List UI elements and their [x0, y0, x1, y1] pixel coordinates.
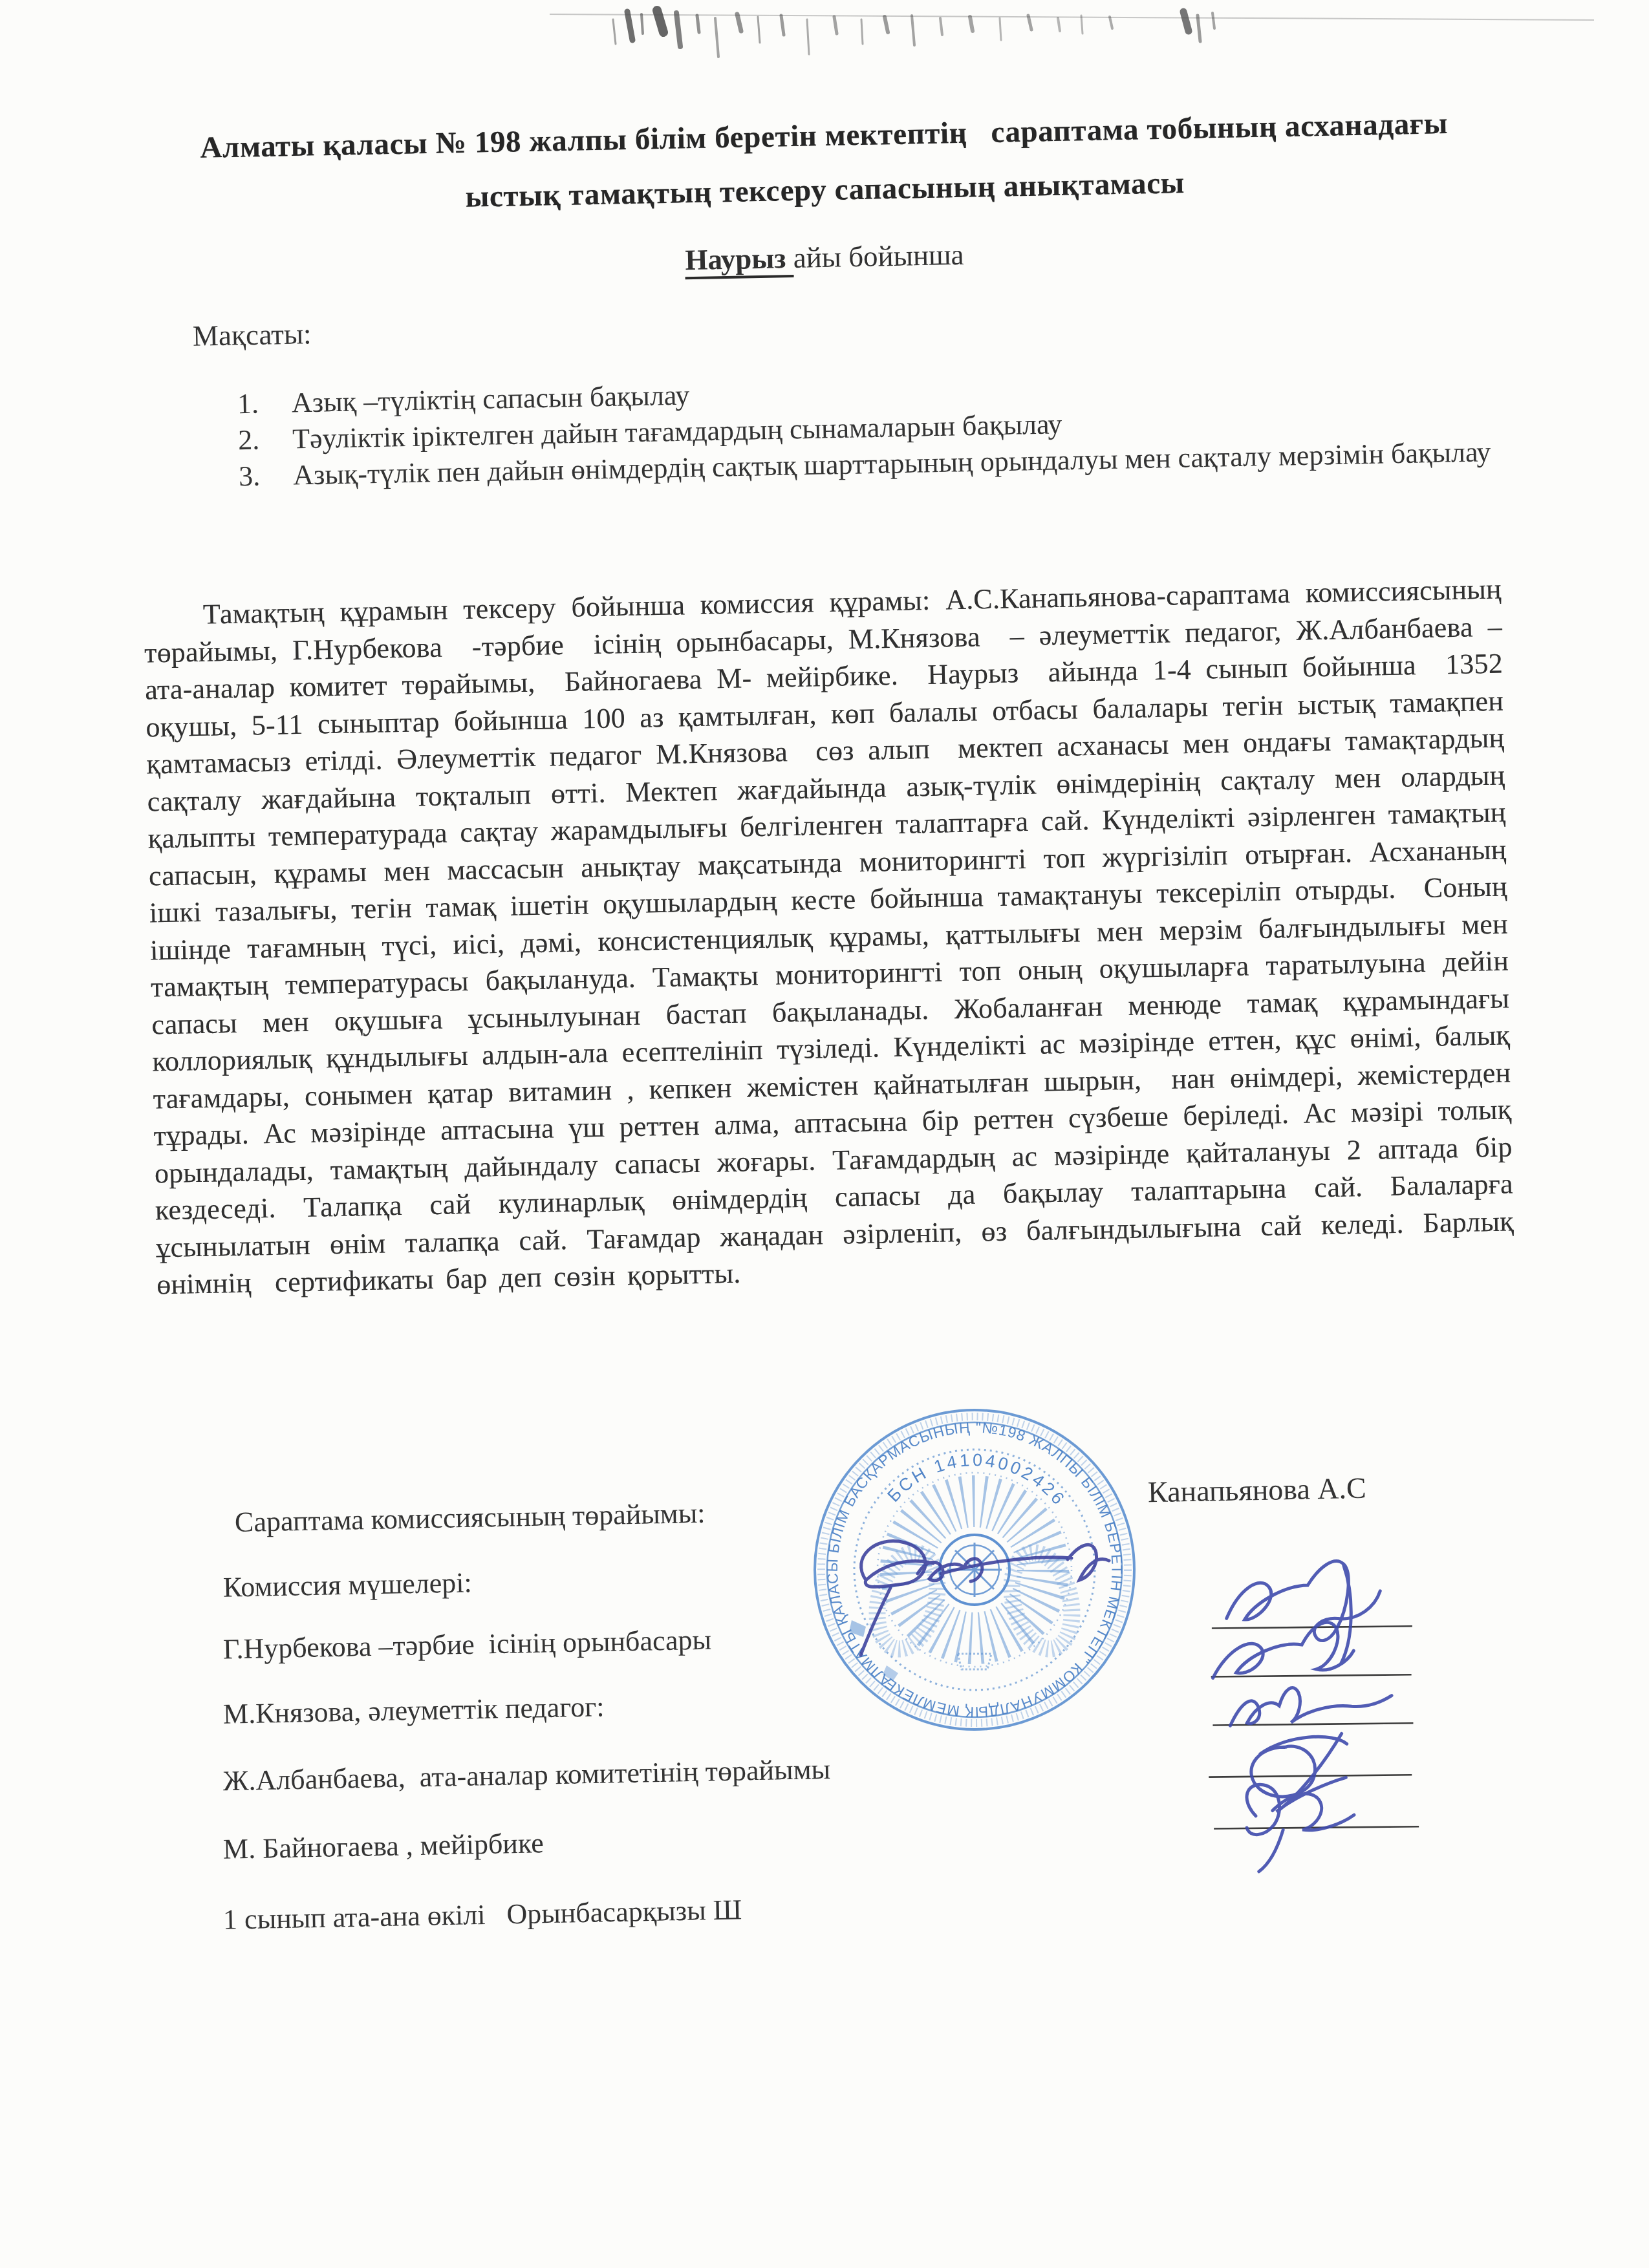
- chair-label: Сараптама комиссиясының төрайымы:: [228, 1497, 706, 1539]
- subtitle-month: Наурыз айы бойынша: [145, 227, 1504, 287]
- member-row: Ж.Албанбаева, ата-аналар комитетінің төр…: [223, 1753, 831, 1797]
- scan-noise-artifact: [530, 0, 1630, 78]
- subtitle-month-rest: айы бойынша: [793, 239, 964, 274]
- goal-number: [237, 385, 292, 423]
- signature-line: [1211, 1674, 1412, 1676]
- member-row: М. Байногаева , мейірбике: [223, 1826, 544, 1866]
- subtitle-month-underlined: Наурыз: [685, 242, 793, 279]
- members-label: Комиссия мүшелері:: [223, 1566, 473, 1604]
- scanned-document-page: { "document": { "title_line1": "Алматы қ…: [0, 0, 1649, 2268]
- purpose-label: Мақсаты:: [193, 317, 312, 353]
- member-signature-ink: [1212, 1561, 1394, 1872]
- goal-number: [238, 422, 293, 459]
- goals-list: Азық –түліктің сапасын бақылау Тәуліктік…: [237, 361, 1509, 495]
- chair-name: Канапьянова А.С: [1148, 1471, 1367, 1510]
- document-title: Алматы қаласы № 198 жалпы білім беретін …: [145, 95, 1505, 230]
- member-signatures-area: [1149, 1505, 1463, 1890]
- goal-number: [239, 458, 294, 495]
- member-row: М.Князова, әлеуметтік педагог:: [223, 1690, 605, 1731]
- signature-lines: [1207, 1626, 1419, 1828]
- signature-line: [1212, 1723, 1413, 1725]
- chair-signature-ink: [837, 1518, 1141, 1673]
- member-row: Г.Нурбекова –тәрбие ісінің орынбасары: [223, 1623, 712, 1666]
- scan-edge-line: [550, 14, 1594, 20]
- report-body-paragraph: Тамақтың құрамын тексеру бойынша комисси…: [144, 571, 1515, 1303]
- member-row: 1 сынып ата-ана өкілі Орынбасарқызы Ш: [223, 1893, 742, 1936]
